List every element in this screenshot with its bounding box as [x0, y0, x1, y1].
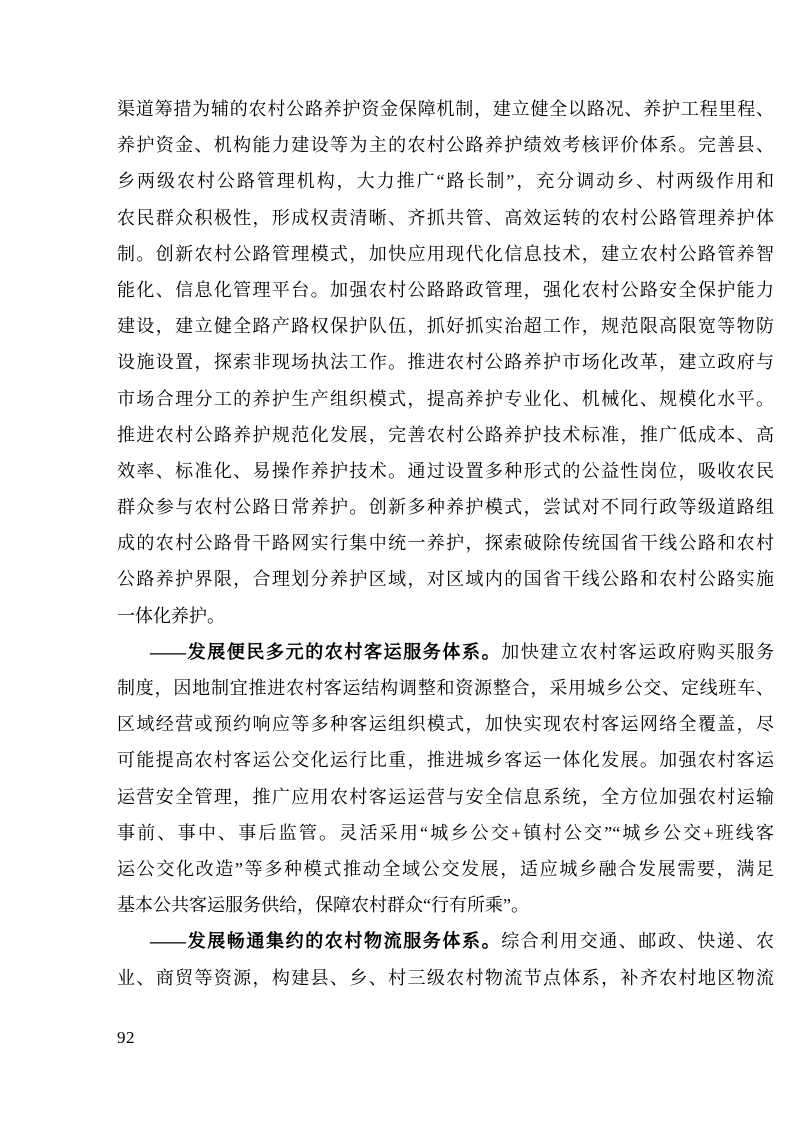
paragraph2-first-line: ——发展便民多元的农村客运服务体系。加快建立农村客运政府购买服务 — [117, 634, 774, 670]
text-line: 市场合理分工的养护生产组织模式，提高养护专业化、机械化、规模化水平。 — [117, 381, 774, 417]
text-line: 效率、标准化、易操作养护技术。通过设置多种形式的公益性岗位，吸收农民 — [117, 453, 774, 489]
text-line: 群众参与农村公路日常养护。创新多种养护模式，尝试对不同行政等级道路组 — [117, 489, 774, 525]
paragraph3-first-line: ——发展畅通集约的农村物流服务体系。综合利用交通、邮政、快递、农 — [117, 923, 774, 959]
text-line: 可能提高农村客运公交化运行比重，推进城乡客运一体化发展。加强农村客运 — [117, 742, 774, 778]
text-line: 公路养护界限，合理划分养护区域，对区域内的国省干线公路和农村公路实施 — [117, 561, 774, 597]
text-line: 建设，建立健全路产路权保护队伍，抓好抓实治超工作，规范限高限宽等物防 — [117, 308, 774, 344]
text-line: 设施设置，探索非现场执法工作。推进农村公路养护市场化改革，建立政府与 — [117, 344, 774, 380]
text-line: 成的农村公路骨干路网实行集中统一养护，探索破除传统国省干线公路和农村 — [117, 525, 774, 561]
text-line: 农民群众积极性，形成权责清晰、齐抓共管、高效运转的农村公路管理养护体 — [117, 200, 774, 236]
page-number: 92 — [117, 1028, 135, 1048]
text-line: 渠道筹措为辅的农村公路养护资金保障机制，建立健全以路况、养护工程里程、 — [117, 91, 774, 127]
paragraph3-heading: ——发展畅通集约的农村物流服务体系。 — [150, 931, 501, 951]
text-line: 制度，因地制宜推进农村客运结构调整和资源整合，采用城乡公交、定线班车、 — [117, 670, 774, 706]
text-line: 能化、信息化管理平台。加强农村公路路政管理，强化农村公路安全保护能力 — [117, 272, 774, 308]
text-line: 区域经营或预约响应等多种客运组织模式，加快实现农村客运网络全覆盖，尽 — [117, 706, 774, 742]
text-line: 养护资金、机构能力建设等为主的农村公路养护绩效考核评价体系。完善县、 — [117, 127, 774, 163]
text-line: 事前、事中、事后监管。灵活采用“城乡公交+镇村公交”“城乡公交+班线客 — [117, 815, 774, 851]
text-line: 制。创新农村公路管理模式，加快应用现代化信息技术，建立农村公路管养智 — [117, 236, 774, 272]
text-line: 基本公共客运服务供给，保障农村群众“行有所乘”。 — [117, 887, 774, 923]
paragraph2-first-line-rest: 加快建立农村客运政府购买服务 — [501, 642, 774, 662]
text-line: 业、商贸等资源，构建县、乡、村三级农村物流节点体系，补齐农村地区物流 — [117, 960, 774, 996]
paragraph2-heading: ——发展便民多元的农村客运服务体系。 — [150, 642, 501, 662]
text-block: 渠道筹措为辅的农村公路养护资金保障机制，建立健全以路况、养护工程里程、 养护资金… — [117, 91, 774, 996]
text-line: 运营安全管理，推广应用农村客运运营与安全信息系统，全方位加强农村运输 — [117, 779, 774, 815]
text-line: 一体化养护。 — [117, 598, 774, 634]
text-line: 推进农村公路养护规范化发展，完善农村公路养护技术标准，推广低成本、高 — [117, 417, 774, 453]
text-line: 乡两级农村公路管理机构，大力推广“路长制”，充分调动乡、村两级作用和 — [117, 163, 774, 199]
paragraph3-first-line-rest: 综合利用交通、邮政、快递、农 — [501, 931, 774, 951]
text-line: 运公交化改造”等多种模式推动全域公交发展，适应城乡融合发展需要，满足 — [117, 851, 774, 887]
document-page: 渠道筹措为辅的农村公路养护资金保障机制，建立健全以路况、养护工程里程、 养护资金… — [0, 0, 793, 1122]
